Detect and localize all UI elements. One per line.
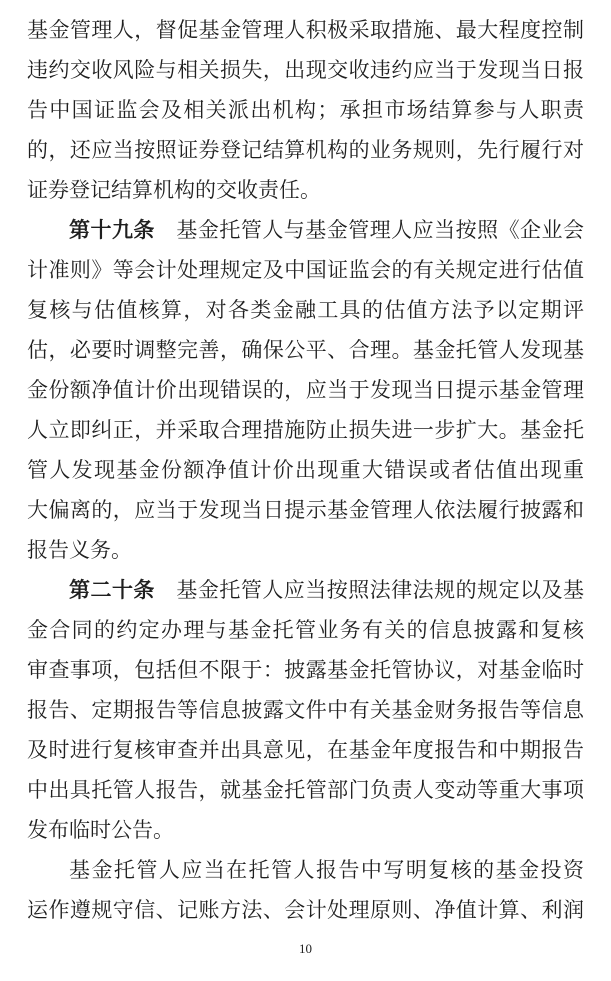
text-line: 审查事项，包括但不限于：披露基金托管协议，对基金临时 [27, 650, 584, 690]
text-line: 计准则》等会计处理规定及中国证监会的有关规定进行估值 [27, 250, 584, 290]
text-line: 证券登记结算机构的交收责任。 [27, 170, 584, 210]
text-line: 违约交收风险与相关损失，出现交收违约应当于发现当日报 [27, 50, 584, 90]
text-line: 运作遵规守信、记账方法、会计处理原则、净值计算、利润 [27, 890, 584, 930]
page-number: 10 [0, 941, 611, 957]
text-line: 发布临时公告。 [27, 810, 584, 850]
document-body: 基金管理人，督促基金管理人积极采取措施、最大程度控制违约交收风险与相关损失，出现… [27, 10, 584, 930]
text-line: 第十九条 基金托管人与基金管理人应当按照《企业会 [27, 210, 584, 250]
text-line: 报告义务。 [27, 530, 584, 570]
document-page: 基金管理人，督促基金管理人积极采取措施、最大程度控制违约交收风险与相关损失，出现… [0, 0, 611, 981]
text-line: 中出具托管人报告，就基金托管部门负责人变动等重大事项 [27, 770, 584, 810]
article-number: 第二十条 [69, 578, 155, 602]
text-line: 人立即纠正，并采取合理措施防止损失进一步扩大。基金托 [27, 410, 584, 450]
text-line: 报告、定期报告等信息披露文件中有关基金财务报告等信息 [27, 690, 584, 730]
text-line: 基金管理人，督促基金管理人积极采取措施、最大程度控制 [27, 10, 584, 50]
text-line: 第二十条 基金托管人应当按照法律法规的规定以及基 [27, 570, 584, 610]
text-line: 管人发现基金份额净值计价出现重大错误或者估值出现重 [27, 450, 584, 490]
text-line: 金份额净值计价出现错误的，应当于发现当日提示基金管理 [27, 370, 584, 410]
text-line: 基金托管人应当在托管人报告中写明复核的基金投资 [27, 850, 584, 890]
article-number: 第十九条 [69, 218, 155, 242]
text-line: 告中国证监会及相关派出机构；承担市场结算参与人职责 [27, 90, 584, 130]
text-line: 估，必要时调整完善，确保公平、合理。基金托管人发现基 [27, 330, 584, 370]
text-line: 金合同的约定办理与基金托管业务有关的信息披露和复核 [27, 610, 584, 650]
text-line: 的，还应当按照证券登记结算机构的业务规则，先行履行对 [27, 130, 584, 170]
text-line: 及时进行复核审查并出具意见，在基金年度报告和中期报告 [27, 730, 584, 770]
text-line: 复核与估值核算，对各类金融工具的估值方法予以定期评 [27, 290, 584, 330]
text-line: 大偏离的，应当于发现当日提示基金管理人依法履行披露和 [27, 490, 584, 530]
